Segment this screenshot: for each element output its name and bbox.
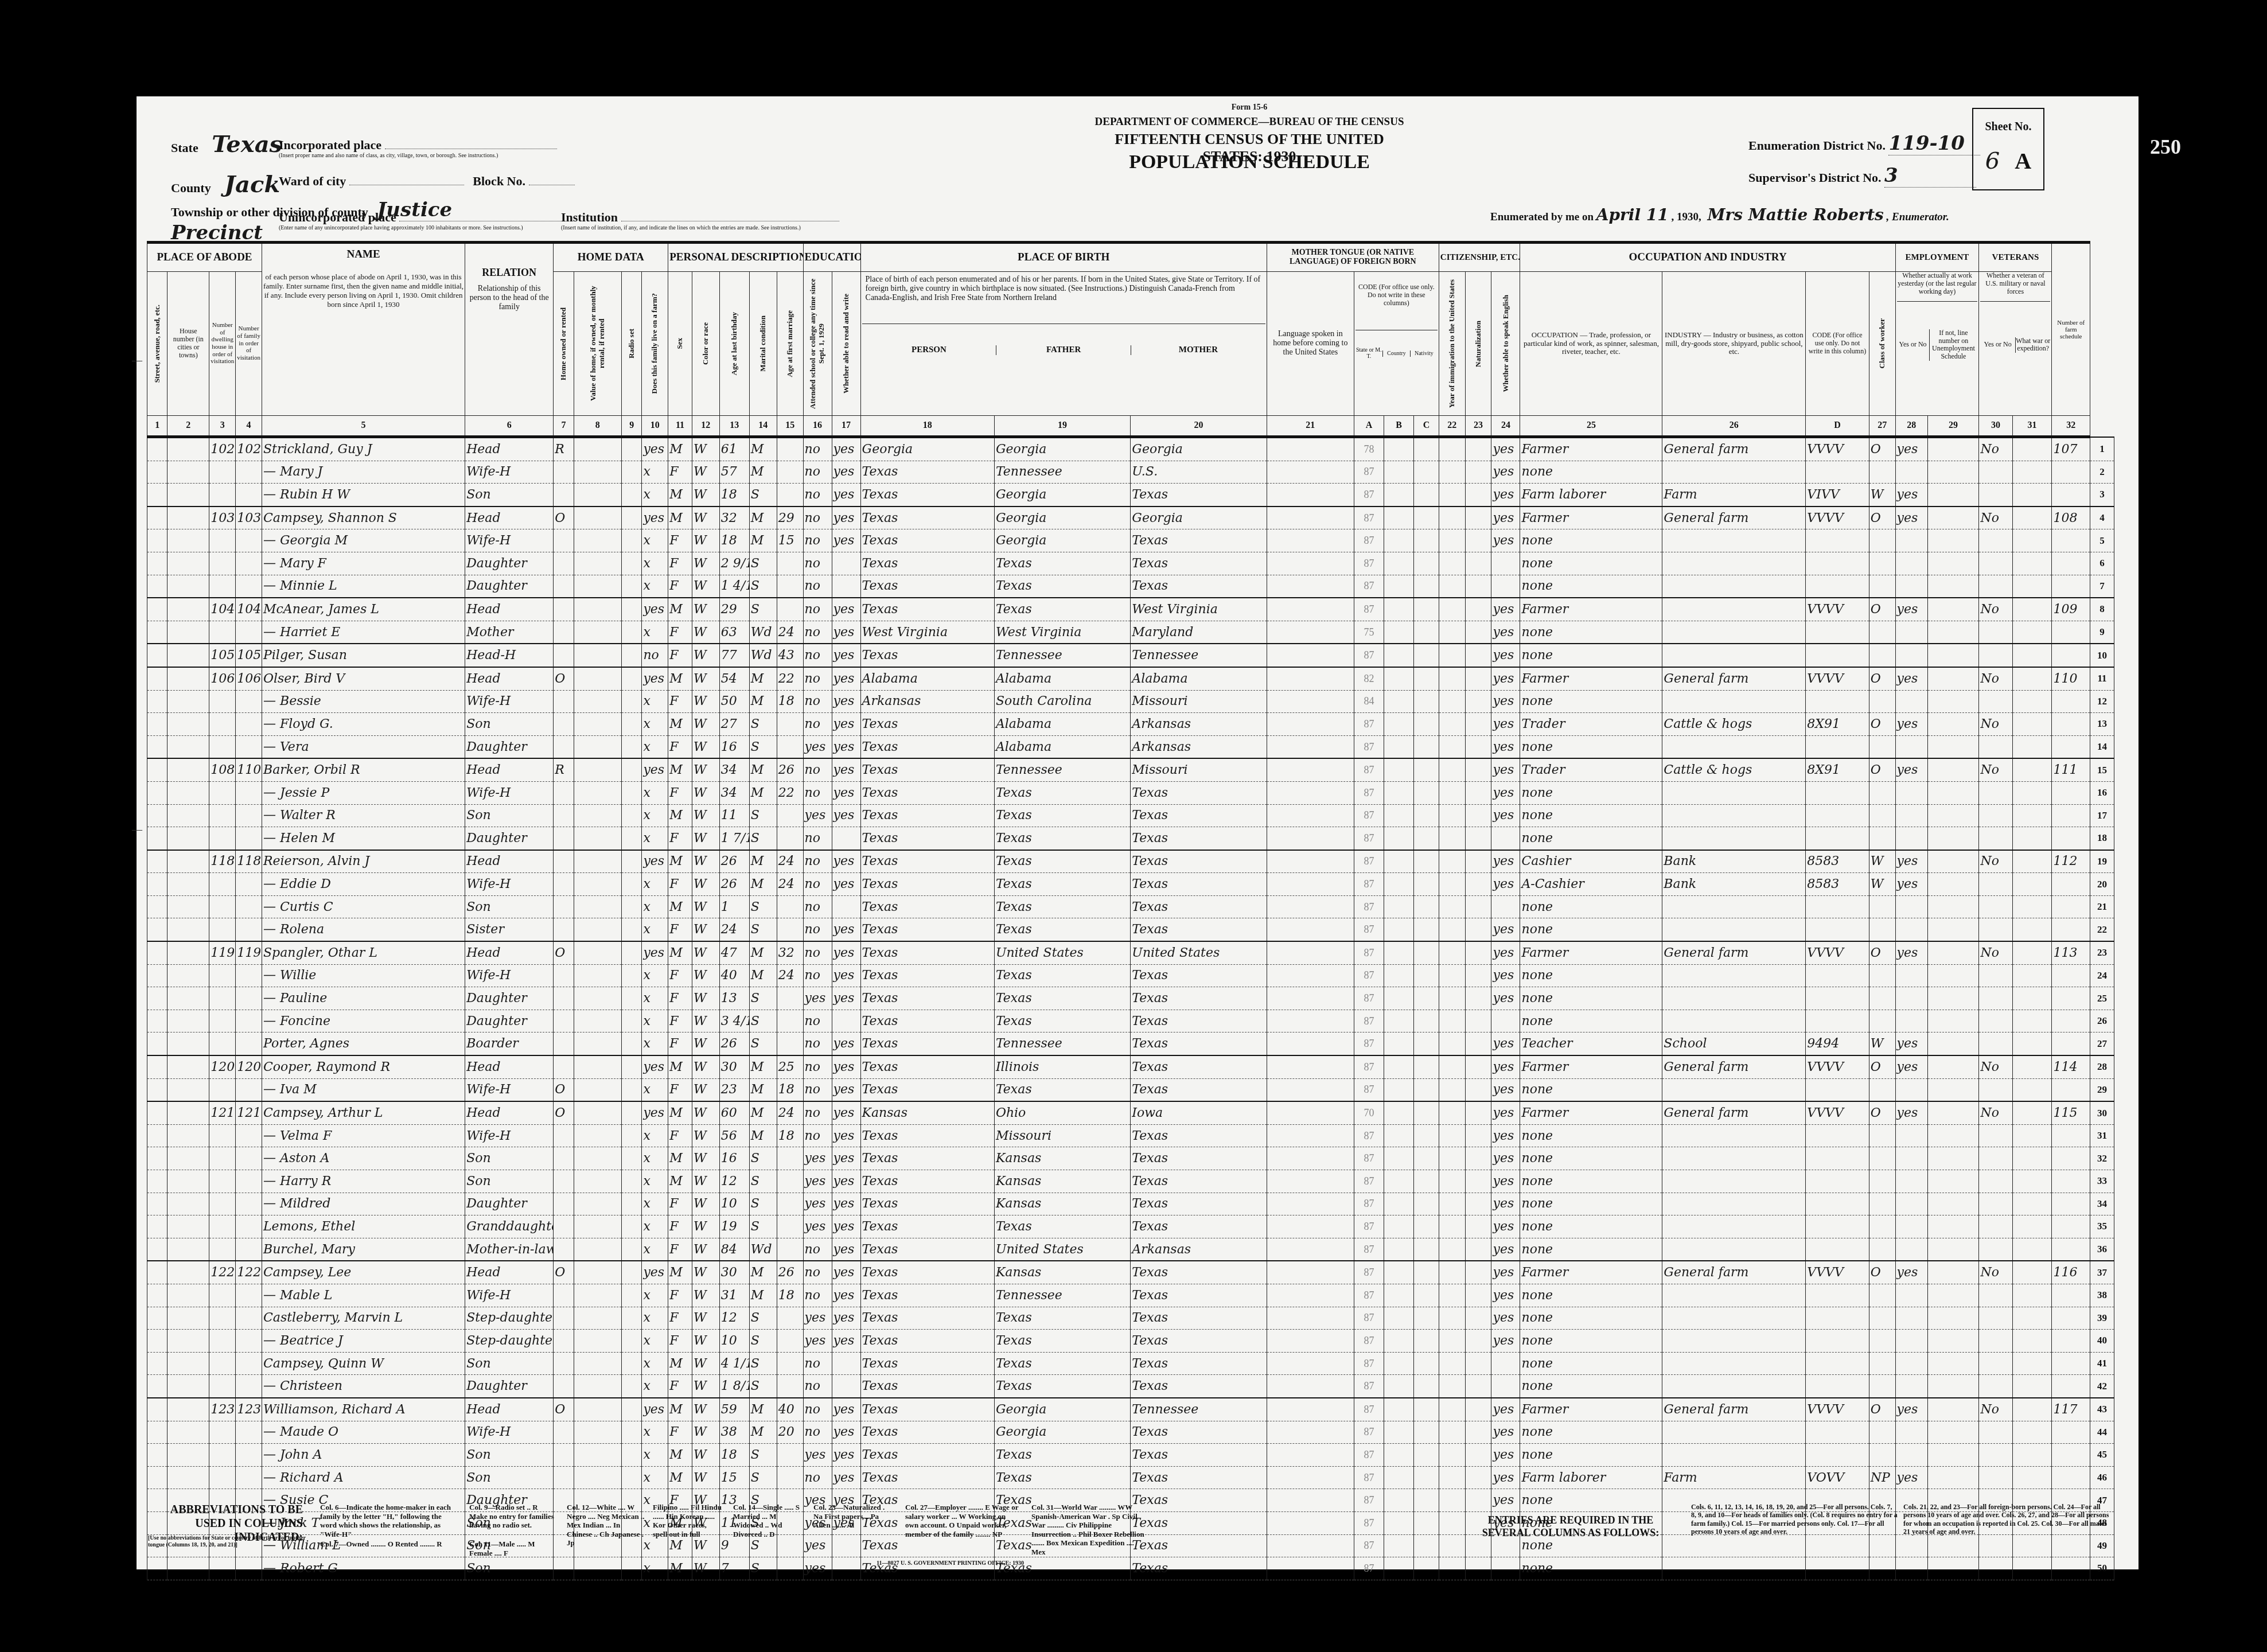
age-first-marriage: 24 <box>777 850 803 873</box>
person-name: Pilger, Susan <box>262 644 465 667</box>
veteran <box>1979 1284 2012 1307</box>
attended-school: no <box>803 781 832 804</box>
col-house-number <box>168 1398 209 1421</box>
class-of-worker <box>1869 1238 1895 1261</box>
age: 63 <box>719 621 749 644</box>
class-of-worker: W <box>1869 873 1895 896</box>
family-number: 120 <box>236 1055 262 1078</box>
race: W <box>692 1010 719 1032</box>
farm-schedule: 114 <box>2052 1055 2090 1078</box>
birthplace-father: Illinois <box>994 1055 1130 1078</box>
home-owned <box>554 987 574 1010</box>
mother-tongue <box>1267 529 1354 552</box>
industry <box>1662 735 1806 758</box>
relationship: Head <box>465 758 554 781</box>
person-name: — Harry R <box>262 1170 465 1193</box>
col-num: 9 <box>621 416 641 437</box>
line-number: 20 <box>2090 873 2114 896</box>
dwelling-number <box>209 964 236 987</box>
home-value <box>574 713 621 736</box>
industry <box>1662 1078 1806 1101</box>
birthplace-person: Kansas <box>860 1101 994 1124</box>
sex: M <box>668 1261 692 1284</box>
farm-schedule <box>2052 575 2090 598</box>
industry: General farm <box>1662 506 1806 529</box>
line-number: 45 <box>2090 1444 2114 1467</box>
class-of-worker <box>1869 1375 1895 1398</box>
marital-status: M <box>749 1398 777 1421</box>
home-owned <box>554 690 574 713</box>
home-value <box>574 1284 621 1307</box>
veteran: No <box>1979 1055 2012 1078</box>
read-write: yes <box>832 1147 860 1170</box>
occupation-code <box>1806 1078 1869 1101</box>
occupation-code <box>1806 1284 1869 1307</box>
race: W <box>692 552 719 575</box>
age: 13 <box>719 987 749 1010</box>
farm-residence: x <box>642 827 668 850</box>
line-number: 39 <box>2090 1307 2114 1330</box>
col-street <box>147 713 168 736</box>
at-work <box>1895 1193 1927 1215</box>
dwelling-number <box>209 895 236 918</box>
home-owned <box>554 1170 574 1193</box>
line-number: 46 <box>2090 1466 2114 1489</box>
col-16-header: Attended school or college any time sinc… <box>803 272 832 416</box>
col-street <box>147 1124 168 1147</box>
unemployment-line <box>1927 1398 1979 1421</box>
radio-set <box>621 1444 641 1467</box>
person-name: — Jessie P <box>262 781 465 804</box>
home-owned <box>554 644 574 667</box>
birthplace-person: Texas <box>860 941 994 964</box>
class-of-worker <box>1869 461 1895 484</box>
age-first-marriage <box>777 1147 803 1170</box>
person-name: — Bessie <box>262 690 465 713</box>
birthplace-person: Alabama <box>860 667 994 690</box>
family-number <box>236 461 262 484</box>
war <box>2012 941 2052 964</box>
col-street <box>147 667 168 690</box>
farm-residence: x <box>642 964 668 987</box>
marital-status: S <box>749 1193 777 1215</box>
age-first-marriage <box>777 895 803 918</box>
marital-status: S <box>749 895 777 918</box>
at-work <box>1895 1010 1927 1032</box>
occupation: none <box>1520 781 1662 804</box>
occupation-code <box>1806 1124 1869 1147</box>
mother-tongue <box>1267 1010 1354 1032</box>
birthplace-father: United States <box>994 941 1130 964</box>
occupation: none <box>1520 529 1662 552</box>
radio-set <box>621 1466 641 1489</box>
industry: General farm <box>1662 437 1806 461</box>
state-value: Texas <box>212 131 282 158</box>
age-first-marriage <box>777 1170 803 1193</box>
group-name: NAME of each person whose place of abode… <box>262 243 465 416</box>
family-number: 121 <box>236 1101 262 1124</box>
at-work <box>1895 964 1927 987</box>
at-work <box>1895 1284 1927 1307</box>
group-home-data: HOME DATA <box>554 243 668 272</box>
home-value <box>574 895 621 918</box>
farm-schedule <box>2052 873 2090 896</box>
occupation: none <box>1520 1421 1662 1444</box>
radio-set <box>621 575 641 598</box>
dwelling-number <box>209 1421 236 1444</box>
code-nativity <box>1414 598 1439 621</box>
home-value <box>574 1352 621 1375</box>
class-of-worker: O <box>1869 1101 1895 1124</box>
race: W <box>692 1352 719 1375</box>
home-value <box>574 758 621 781</box>
col-9-header: Radio set <box>621 272 641 416</box>
industry <box>1662 1307 1806 1330</box>
unincorporated-field: Unincorporated place (Enter name of any … <box>279 210 566 231</box>
radio-set <box>621 1352 641 1375</box>
at-work <box>1895 735 1927 758</box>
group-education: EDUCATION <box>803 243 860 272</box>
radio-set <box>621 804 641 827</box>
code-country <box>1384 1193 1413 1215</box>
at-work <box>1895 1078 1927 1101</box>
war <box>2012 437 2052 461</box>
col-num: 21 <box>1267 416 1354 437</box>
dwelling-number <box>209 1215 236 1238</box>
radio-set <box>621 735 641 758</box>
speaks-english: yes <box>1491 598 1520 621</box>
col-house-number <box>168 621 209 644</box>
col-20-header: MOTHER <box>1131 345 1265 355</box>
speaks-english: yes <box>1491 1330 1520 1353</box>
dwelling-number: 122 <box>209 1261 236 1284</box>
war <box>2012 1375 2052 1398</box>
speaks-english: yes <box>1491 1444 1520 1467</box>
age: 16 <box>719 1147 749 1170</box>
supervisor-value: 3 <box>1884 164 1976 188</box>
birthplace-mother: Texas <box>1131 1284 1267 1307</box>
unemployment-line <box>1927 1444 1979 1467</box>
unemployment-line <box>1927 1466 1979 1489</box>
col-12-text: Color or race <box>702 322 710 365</box>
col-house-number <box>168 1330 209 1353</box>
col-street <box>147 1101 168 1124</box>
immigration-year <box>1439 713 1465 736</box>
industry: General farm <box>1662 1101 1806 1124</box>
birthplace-mother: Iowa <box>1131 1101 1267 1124</box>
naturalization <box>1465 1215 1491 1238</box>
line-number: 18 <box>2090 827 2114 850</box>
relationship: Head <box>465 850 554 873</box>
mother-tongue <box>1267 1124 1354 1147</box>
class-of-worker <box>1869 1284 1895 1307</box>
war <box>2012 1010 2052 1032</box>
block-label: Block No. <box>473 174 525 188</box>
col-house-number <box>168 827 209 850</box>
attended-school: yes <box>803 1170 832 1193</box>
group-veterans: VETERANS <box>1979 243 2052 272</box>
home-owned <box>554 1238 574 1261</box>
legend-col11: Col. 11—Male ..... M Female .... F <box>469 1540 555 1557</box>
radio-set <box>621 1032 641 1055</box>
dwelling-number <box>209 781 236 804</box>
legend-col27: Col. 27—Employer ........ E Wage or sala… <box>905 1503 1020 1538</box>
occupation-code <box>1806 1444 1869 1467</box>
farm-schedule <box>2052 895 2090 918</box>
birthplace-mother: Texas <box>1131 964 1267 987</box>
read-write: yes <box>832 1124 860 1147</box>
line-number: 7 <box>2090 575 2114 598</box>
attended-school: no <box>803 1078 832 1101</box>
farm-schedule <box>2052 1124 2090 1147</box>
birthplace-person: Texas <box>860 1147 994 1170</box>
occupation-code: VVVV <box>1806 598 1869 621</box>
age: 29 <box>719 598 749 621</box>
farm-residence: x <box>642 1466 668 1489</box>
age: 40 <box>719 964 749 987</box>
person-name: Porter, Agnes <box>262 1032 465 1055</box>
race: W <box>692 1032 719 1055</box>
class-of-worker <box>1869 644 1895 667</box>
sex: M <box>668 804 692 827</box>
dwelling-number <box>209 1170 236 1193</box>
age-first-marriage: 26 <box>777 758 803 781</box>
industry: Cattle & hogs <box>1662 713 1806 736</box>
mother-tongue <box>1267 1147 1354 1170</box>
marital-status: S <box>749 1147 777 1170</box>
industry <box>1662 827 1806 850</box>
age-first-marriage <box>777 1444 803 1467</box>
at-work <box>1895 1170 1927 1193</box>
farm-schedule <box>2052 987 2090 1010</box>
birthplace-mother: Texas <box>1131 575 1267 598</box>
col-street <box>147 461 168 484</box>
read-write: yes <box>832 690 860 713</box>
code-state: 87 <box>1354 1352 1384 1375</box>
naturalization <box>1465 987 1491 1010</box>
occupation: none <box>1520 461 1662 484</box>
col-street <box>147 598 168 621</box>
speaks-english: yes <box>1491 1124 1520 1147</box>
radio-set <box>621 1101 641 1124</box>
farm-residence: yes <box>642 506 668 529</box>
birthplace-person: Texas <box>860 644 994 667</box>
birthplace-father: Texas <box>994 1375 1130 1398</box>
birthplace-mother: Texas <box>1131 918 1267 941</box>
speaks-english <box>1491 575 1520 598</box>
unemployment-line <box>1927 918 1979 941</box>
race: W <box>692 1284 719 1307</box>
industry: General farm <box>1662 1055 1806 1078</box>
employment-sub-header: Whether actually at work yesterday (or t… <box>1895 272 1979 416</box>
farm-residence: x <box>642 1284 668 1307</box>
sex: F <box>668 987 692 1010</box>
farm-schedule <box>2052 621 2090 644</box>
table-row: — Mable LWife-HxFW31M18noyesTexasTenness… <box>147 1284 2114 1307</box>
home-value <box>574 1398 621 1421</box>
col-23-text: Naturalization <box>1474 321 1483 367</box>
unemployment-line <box>1927 484 1979 506</box>
col-house-number <box>168 529 209 552</box>
radio-set <box>621 461 641 484</box>
race: W <box>692 1307 719 1330</box>
code-country <box>1384 598 1413 621</box>
relationship: Head <box>465 506 554 529</box>
census-sheet: State Texas County Jack Township or othe… <box>137 96 2139 1569</box>
code-nativity <box>1414 461 1439 484</box>
institution-field: Institution (Insert name of institution,… <box>561 210 839 231</box>
dwelling-number <box>209 1330 236 1353</box>
code-state: 87 <box>1354 644 1384 667</box>
sheet-number: 6 <box>1985 148 2000 174</box>
family-number <box>236 1238 262 1261</box>
industry <box>1662 1193 1806 1215</box>
marital-status: S <box>749 735 777 758</box>
occupation-code: VVVV <box>1806 1398 1869 1421</box>
col-house-number <box>168 437 209 461</box>
age-first-marriage: 24 <box>777 1101 803 1124</box>
farm-schedule <box>2052 1010 2090 1032</box>
table-row: — Maude OWife-HxFW38M20noyesTexasGeorgia… <box>147 1421 2114 1444</box>
dwelling-number <box>209 1078 236 1101</box>
class-of-worker <box>1869 1352 1895 1375</box>
read-write: yes <box>832 1398 860 1421</box>
speaks-english: yes <box>1491 804 1520 827</box>
age: 12 <box>719 1307 749 1330</box>
family-number <box>236 552 262 575</box>
radio-set <box>621 918 641 941</box>
birthplace-mother: Texas <box>1131 987 1267 1010</box>
code-nativity <box>1414 1170 1439 1193</box>
at-work <box>1895 1352 1927 1375</box>
speaks-english: yes <box>1491 713 1520 736</box>
col-22-text: Year of immigration to the United States <box>1448 279 1456 408</box>
col-house-number <box>168 667 209 690</box>
home-owned <box>554 598 574 621</box>
marital-status: S <box>749 1307 777 1330</box>
naturalization <box>1465 758 1491 781</box>
home-value <box>574 461 621 484</box>
birthplace-person: Arkansas <box>860 690 994 713</box>
class-of-worker: W <box>1869 484 1895 506</box>
war <box>2012 735 2052 758</box>
mother-tongue <box>1267 621 1354 644</box>
birthplace-father: Texas <box>994 1466 1130 1489</box>
code-country <box>1384 644 1413 667</box>
speaks-english: yes <box>1491 781 1520 804</box>
marital-status: M <box>749 437 777 461</box>
farm-schedule: 110 <box>2052 667 2090 690</box>
sheet-label: Sheet No. <box>1973 120 2043 134</box>
naturalization <box>1465 1101 1491 1124</box>
read-write: yes <box>832 1444 860 1467</box>
read-write: yes <box>832 1170 860 1193</box>
unincorporated-value <box>399 221 566 221</box>
code-state: 87 <box>1354 758 1384 781</box>
immigration-year <box>1439 781 1465 804</box>
marital-status: S <box>749 827 777 850</box>
code-state: 87 <box>1354 598 1384 621</box>
birthplace-father: Texas <box>994 827 1130 850</box>
col-house-number <box>168 1215 209 1238</box>
col-1-text: Street, avenue, road, etc. <box>153 305 162 383</box>
code-country <box>1384 1375 1413 1398</box>
home-owned <box>554 552 574 575</box>
home-owned <box>554 1010 574 1032</box>
unemployment-line <box>1927 552 1979 575</box>
line-number: 28 <box>2090 1055 2114 1078</box>
sex: F <box>668 690 692 713</box>
table-row: — Eddie DWife-HxFW26M24noyesTexasTexasTe… <box>147 873 2114 896</box>
industry <box>1662 575 1806 598</box>
sex: M <box>668 850 692 873</box>
read-write <box>832 575 860 598</box>
birthplace-person: Texas <box>860 1284 994 1307</box>
occupation: none <box>1520 1375 1662 1398</box>
naturalization <box>1465 552 1491 575</box>
race: W <box>692 1101 719 1124</box>
line-number: 12 <box>2090 690 2114 713</box>
col-num: 25 <box>1520 416 1662 437</box>
margin-tick: — <box>132 354 142 367</box>
col-street <box>147 1466 168 1489</box>
line-number: 22 <box>2090 918 2114 941</box>
col-house-number <box>168 895 209 918</box>
dwelling-number <box>209 1444 236 1467</box>
speaks-english <box>1491 827 1520 850</box>
age-first-marriage: 24 <box>777 621 803 644</box>
birthplace-person: Texas <box>860 1375 994 1398</box>
read-write: yes <box>832 667 860 690</box>
age-first-marriage <box>777 918 803 941</box>
birthplace-person: Texas <box>860 1261 994 1284</box>
occupation: none <box>1520 1444 1662 1467</box>
occupation: none <box>1520 621 1662 644</box>
birthplace-father: Tennessee <box>994 1284 1130 1307</box>
home-value <box>574 667 621 690</box>
birthplace-father: West Virginia <box>994 621 1130 644</box>
ward-value <box>349 185 464 185</box>
col-14-header: Marital condition <box>749 272 777 416</box>
code-nativity <box>1414 506 1439 529</box>
marital-status: Wd <box>749 644 777 667</box>
line-number: 9 <box>2090 621 2114 644</box>
birthplace-mother: Texas <box>1131 1466 1267 1489</box>
birthplace-person: Texas <box>860 918 994 941</box>
class-of-worker <box>1869 1147 1895 1170</box>
birthplace-mother: United States <box>1131 941 1267 964</box>
code-state: 87 <box>1354 1215 1384 1238</box>
industry: General farm <box>1662 941 1806 964</box>
person-name: — Rolena <box>262 918 465 941</box>
home-owned: R <box>554 437 574 461</box>
col-house-number <box>168 1078 209 1101</box>
attended-school: yes <box>803 1444 832 1467</box>
class-of-worker: O <box>1869 758 1895 781</box>
industry <box>1662 1147 1806 1170</box>
naturalization <box>1465 1193 1491 1215</box>
home-owned <box>554 1193 574 1215</box>
sex: F <box>668 644 692 667</box>
home-owned: O <box>554 941 574 964</box>
marital-status: S <box>749 484 777 506</box>
col-street <box>147 850 168 873</box>
marital-status: M <box>749 781 777 804</box>
birthplace-father: Georgia <box>994 1421 1130 1444</box>
birthplace-father: Texas <box>994 552 1130 575</box>
occupation: none <box>1520 895 1662 918</box>
veteran <box>1979 781 2012 804</box>
